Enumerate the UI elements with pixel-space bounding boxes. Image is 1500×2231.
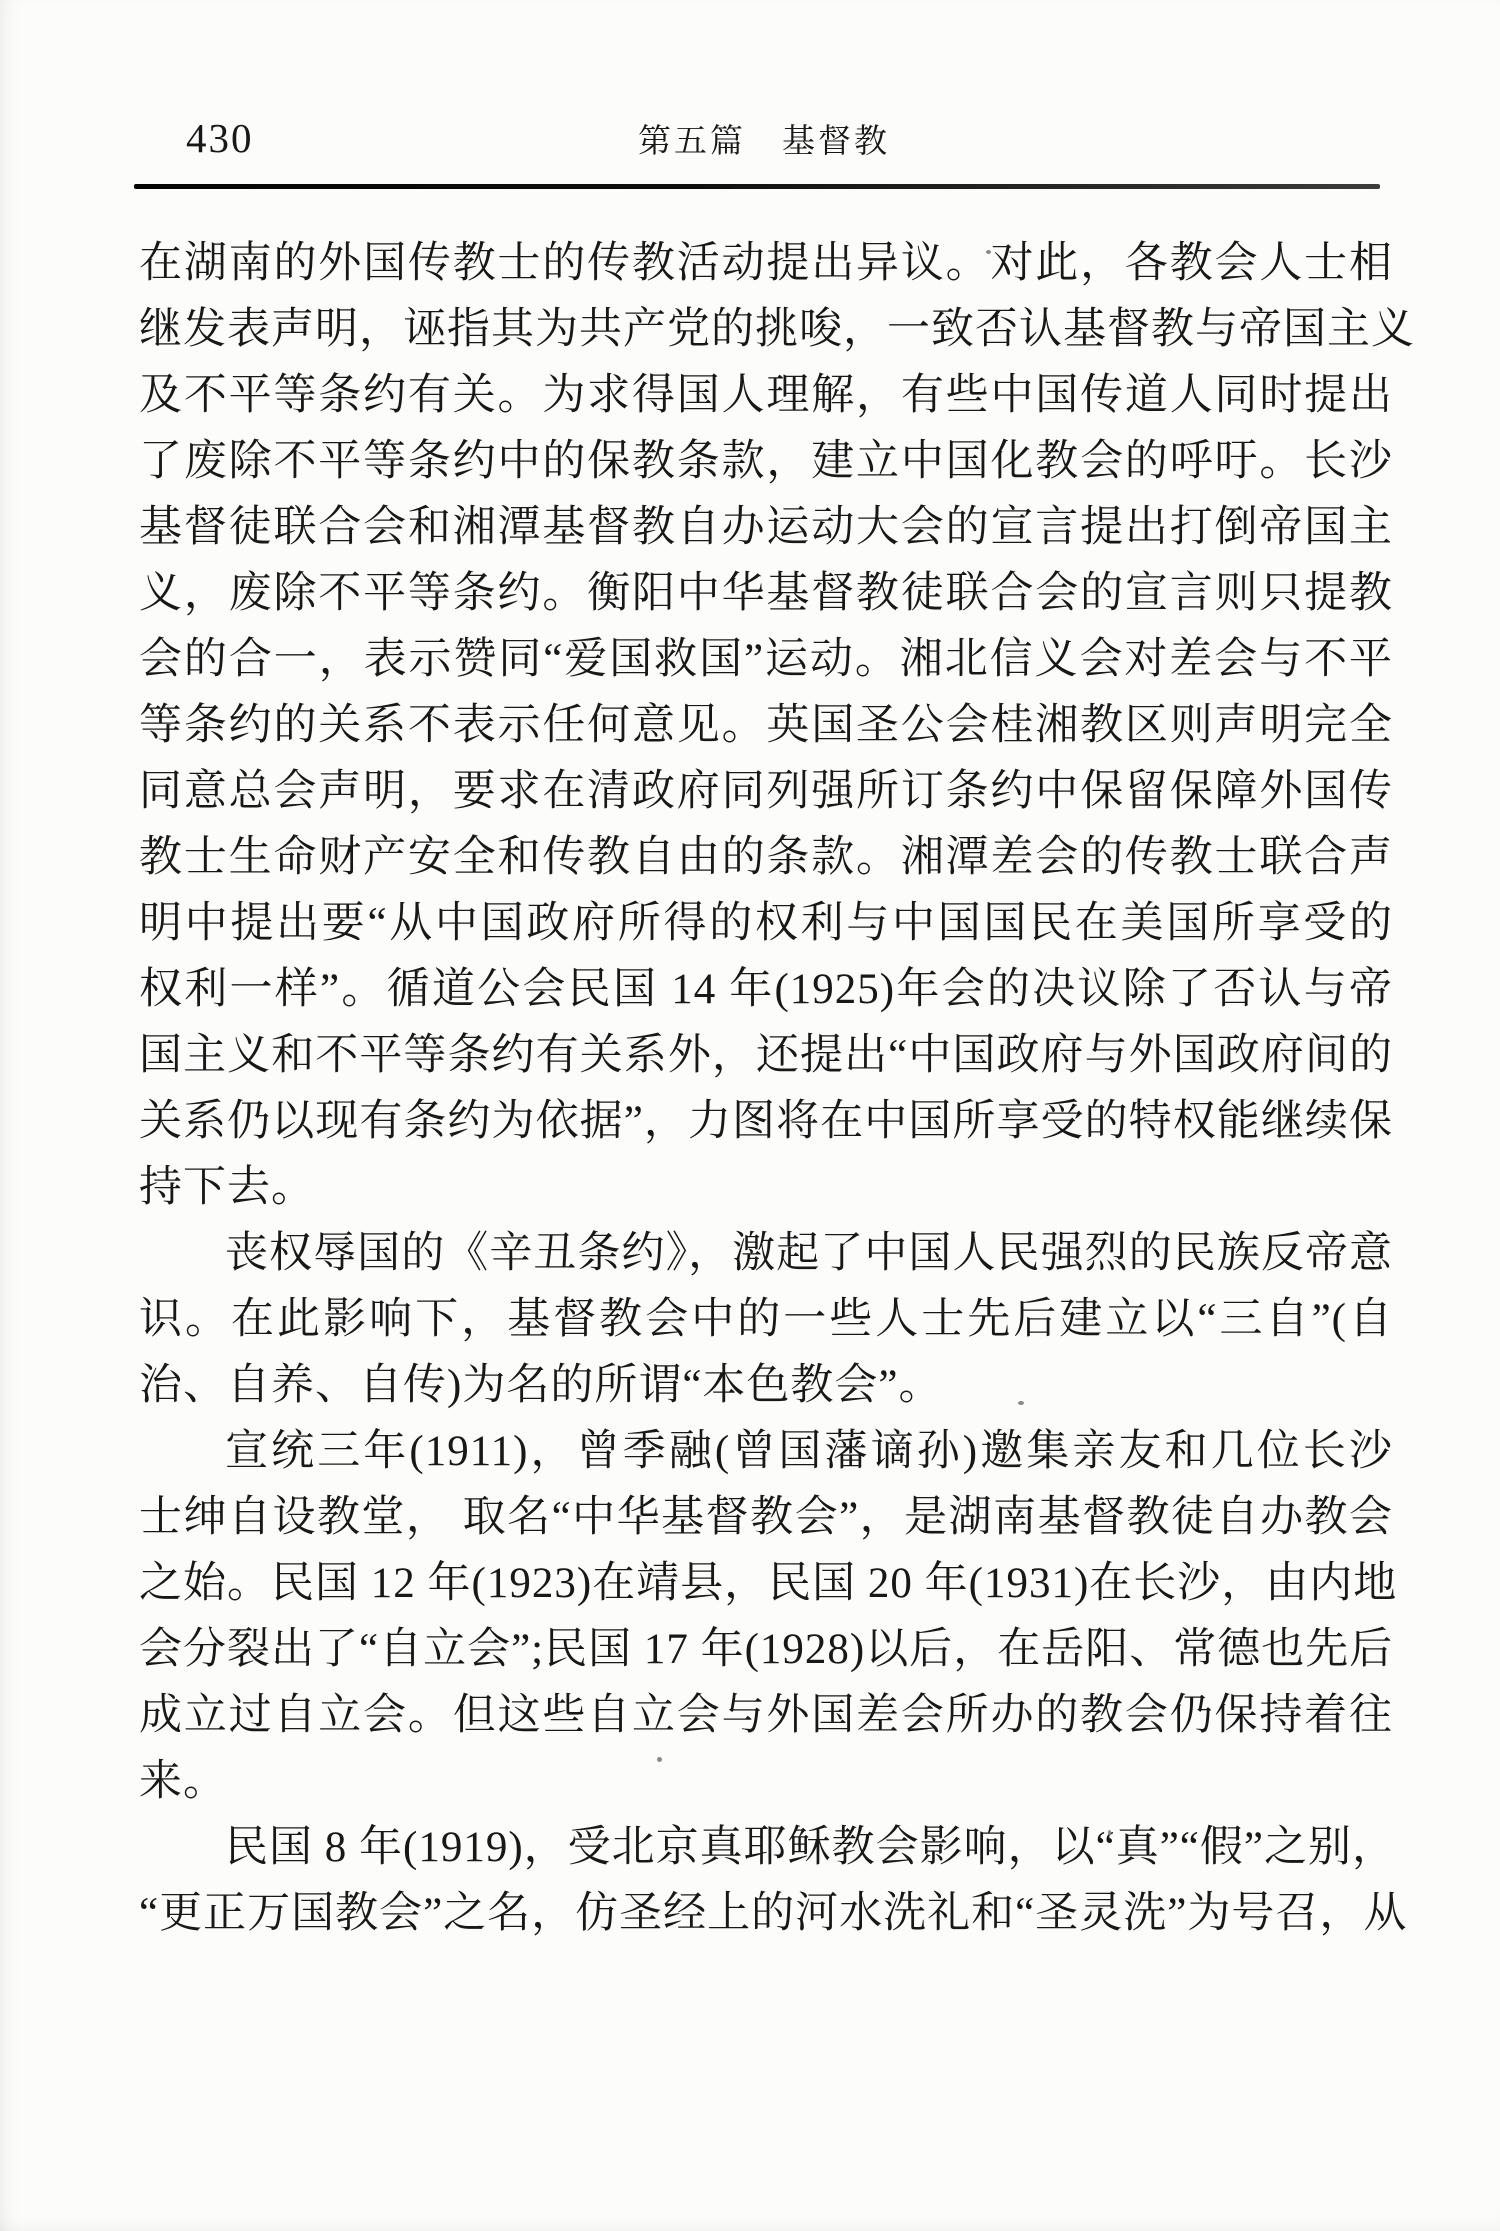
text-line: 识。在此影响下，基督教会中的一些人士先后建立以“三自”(自 — [139, 1287, 1393, 1353]
text-line: 继发表声明，诬指其为共产党的挑唆，一致否认基督教与帝国主义 — [139, 297, 1393, 363]
running-header: 第五篇 基督教 — [14, 124, 1500, 160]
text-line: 义，废除不平等条约。衡阳中华基督教徒联合会的宣言则只提教 — [139, 561, 1393, 627]
text-line: 教士生命财产安全和传教自由的条款。湘潭差会的传教士联合声 — [139, 825, 1393, 891]
text-line: 宣统三年(1911)，曾季融(曾国藩谪孙)邀集亲友和几位长沙 — [139, 1419, 1393, 1485]
text-line: 在湖南的外国传教士的传教活动提出异议。对此，各教会人士相 — [139, 231, 1393, 297]
text-line: “更正万国教会”之名，仿圣经上的河水洗礼和“圣灵洗”为号召，从 — [139, 1881, 1393, 1947]
header-rule — [134, 184, 1380, 189]
text-line: 关系仍以现有条约为依据”，力图将在中国所享受的特权能继续保 — [139, 1089, 1393, 1155]
text-line: 之始。民国 12 年(1923)在靖县，民国 20 年(1931)在长沙，由内地 — [139, 1551, 1393, 1617]
text-line: 明中提出要“从中国政府所得的权利与中国国民在美国所享受的 — [139, 891, 1393, 957]
text-line: 国主义和不平等条约有关系外，还提出“中国政府与外国政府间的 — [139, 1023, 1393, 1089]
text-line: 治、自养、自传)为名的所谓“本色教会”。 — [139, 1353, 1393, 1419]
text-line: 同意总会声明，要求在清政府同列强所订条约中保留保障外国传 — [139, 759, 1393, 825]
scan-speck — [657, 1757, 662, 1762]
scan-speck — [1018, 1401, 1024, 1405]
text-line: 会的合一，表示赞同“爱国救国”运动。湘北信义会对差会与不平 — [139, 627, 1393, 693]
text-line: 了废除不平等条约中的保教条款，建立中国化教会的呼吁。长沙 — [139, 429, 1393, 495]
text-line: 民国 8 年(1919)，受北京真耶稣教会影响，以“真”“假”之别， — [139, 1815, 1393, 1881]
scan-speck — [1108, 1830, 1111, 1835]
text-line: 成立过自立会。但这些自立会与外国差会所办的教会仍保持着往 — [139, 1683, 1393, 1749]
text-line: 士绅自设教堂， 取名“中华基督教会”，是湖南基督教徒自办教会 — [139, 1485, 1393, 1551]
text-line: 丧权辱国的《辛丑条约》，激起了中国人民强烈的民族反帝意 — [139, 1221, 1393, 1287]
text-line: 基督徒联合会和湘潭基督教自办运动大会的宣言提出打倒帝国主 — [139, 495, 1393, 561]
text-line: 等条约的关系不表示任何意见。英国圣公会桂湘教区则声明完全 — [139, 693, 1393, 759]
text-line: 持下去。 — [139, 1155, 1393, 1221]
text-line: 及不平等条约有关。为求得国人理解，有些中国传道人同时提出 — [139, 363, 1393, 429]
scan-speck — [986, 250, 991, 254]
text-line: 权利一样”。循道公会民国 14 年(1925)年会的决议除了否认与帝 — [139, 957, 1393, 1023]
book-page: 430 第五篇 基督教 在湖南的外国传教士的传教活动提出异议。对此，各教会人士相… — [0, 0, 1500, 2231]
text-line: 会分裂出了“自立会”;民国 17 年(1928)以后，在岳阳、常德也先后 — [139, 1617, 1393, 1683]
text-line: 来。 — [139, 1749, 1393, 1815]
body-text: 在湖南的外国传教士的传教活动提出异议。对此，各教会人士相 继发表声明，诬指其为共… — [139, 231, 1393, 1947]
